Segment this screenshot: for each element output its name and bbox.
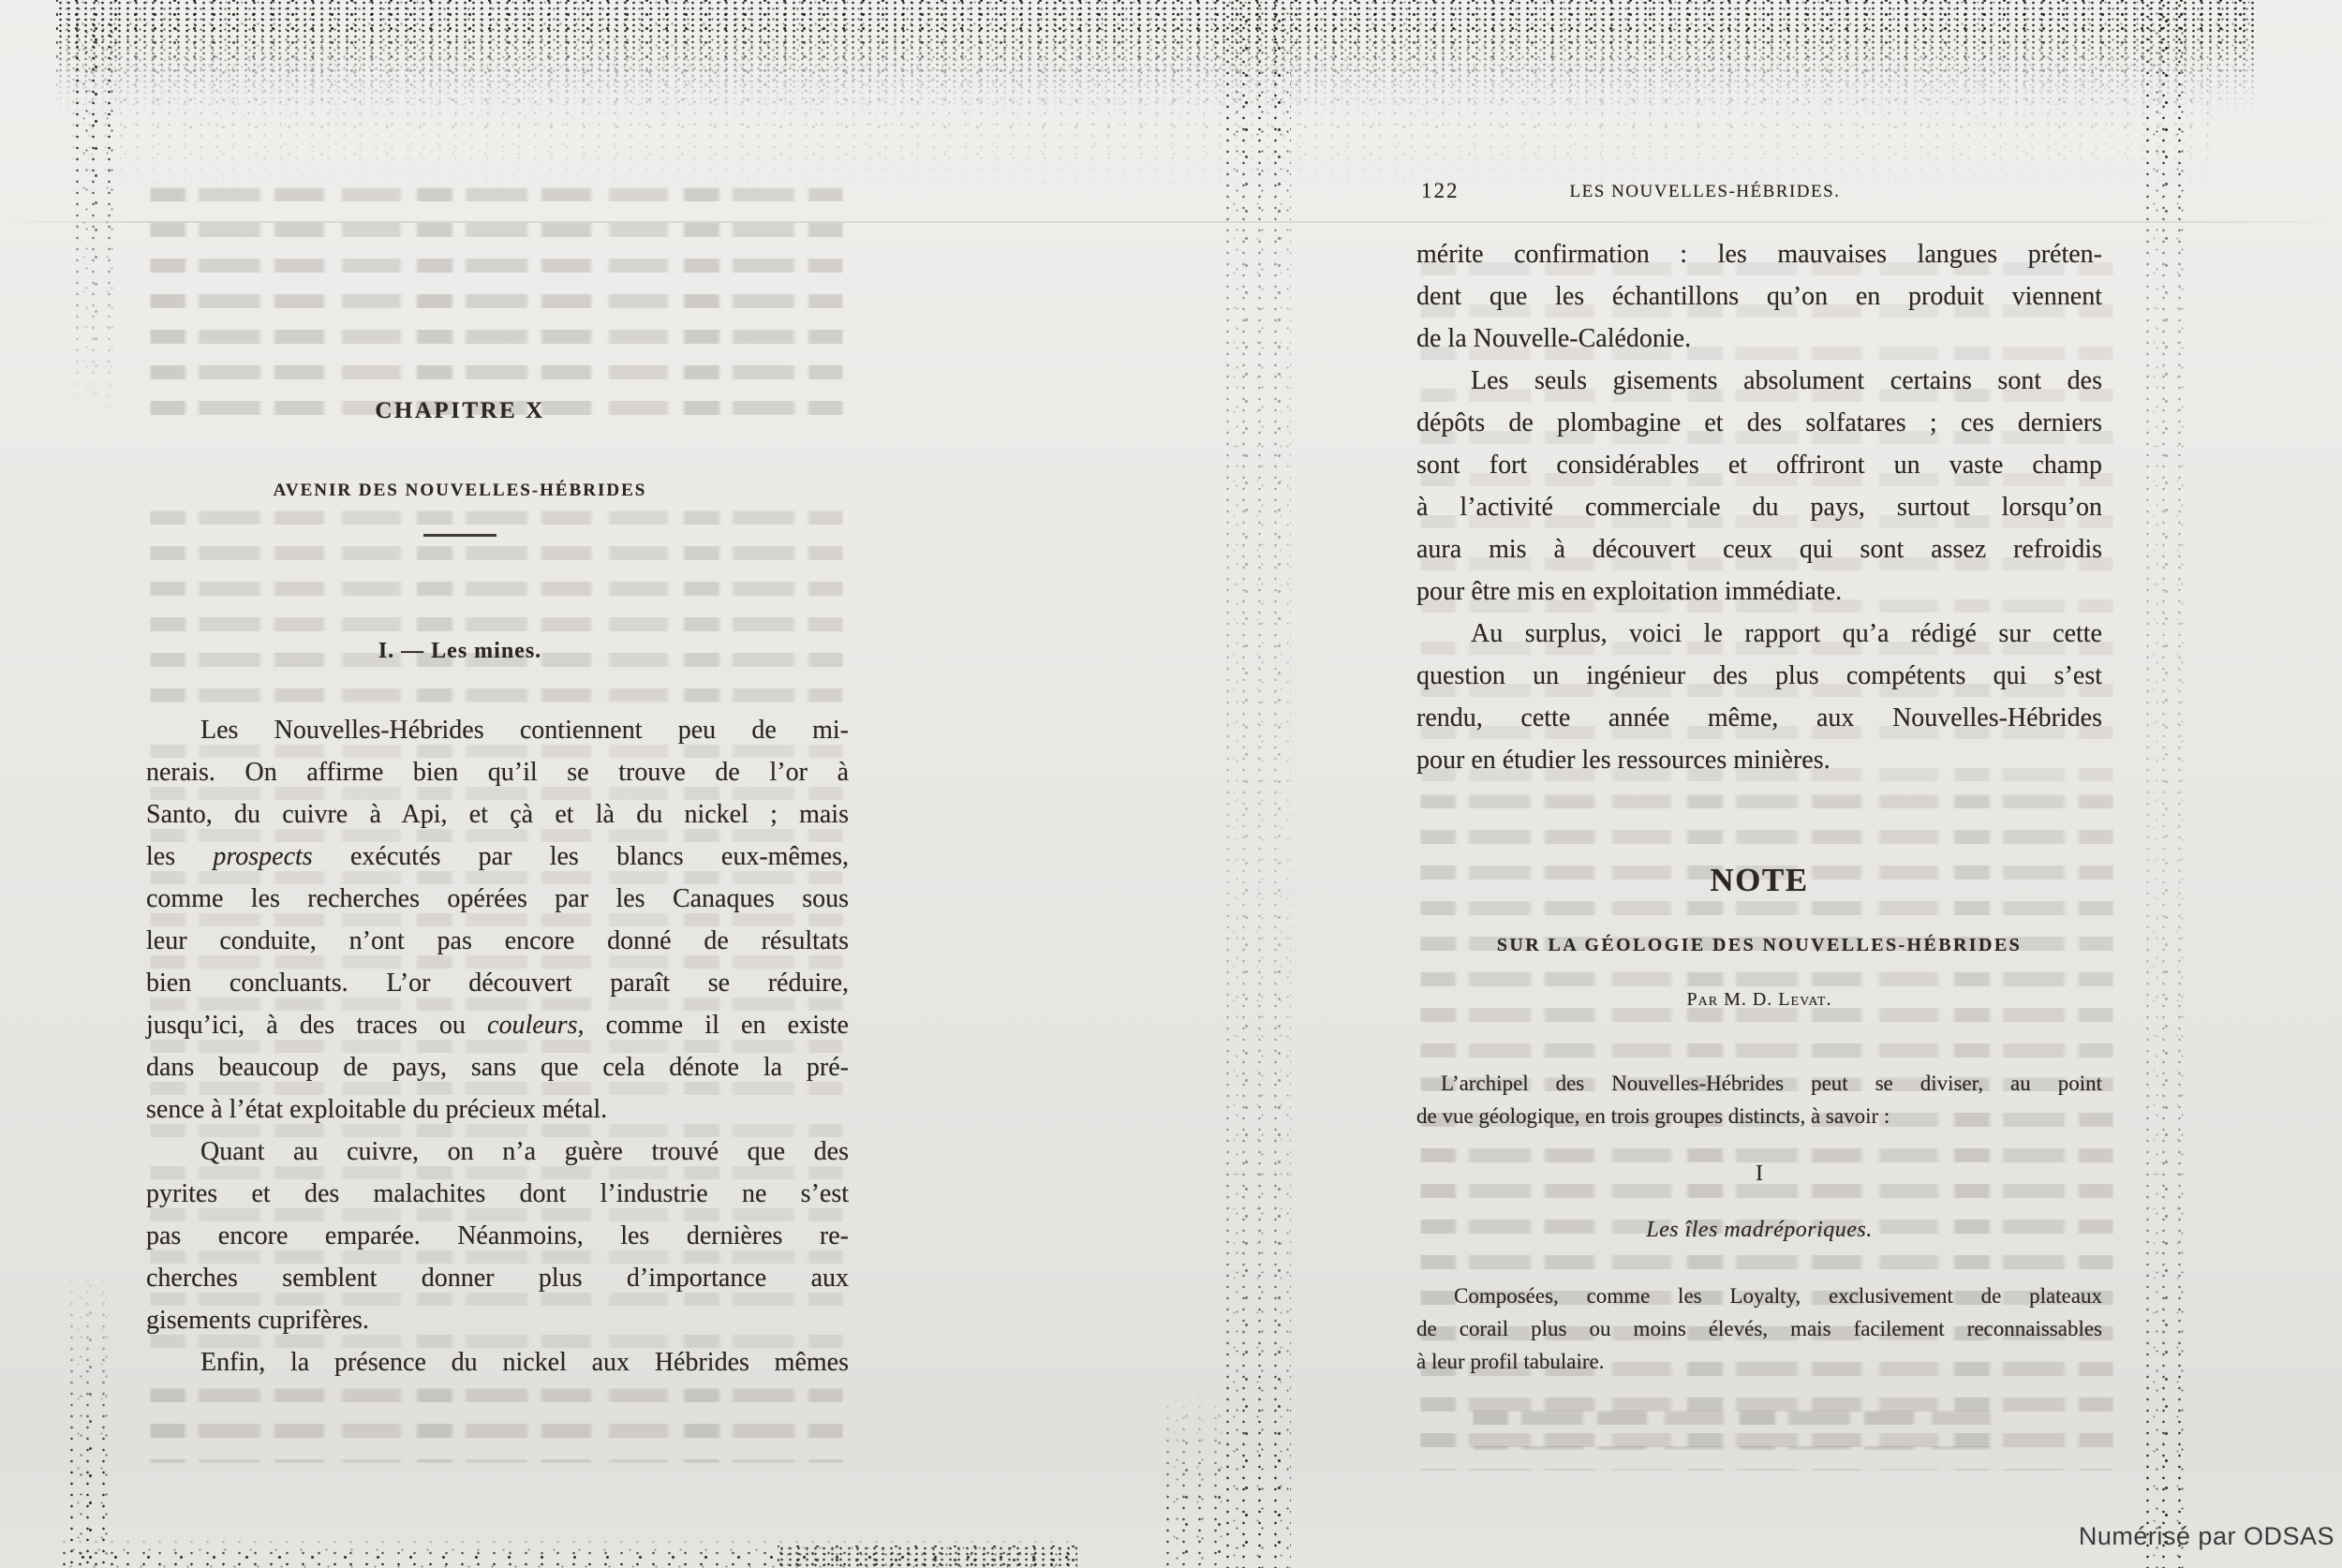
text-line: leur conduite, n’ont pas encore donné de…	[146, 920, 849, 962]
page-number: 122	[1421, 179, 1460, 203]
scan-noise-right-edge	[2140, 0, 2194, 1568]
bleed-through-ghost-lines	[1420, 1077, 2113, 1471]
text-line: jusqu’ici, à des traces ou couleurs, com…	[146, 1004, 849, 1046]
text-line: nerais. On affirme bien qu’il se trouve …	[146, 751, 849, 793]
running-header: 122 LES NOUVELLES-HÉBRIDES.	[1362, 182, 2048, 202]
text-line: à leur profil tabulaire.	[1416, 1345, 2102, 1378]
text-line: les prospects exécutés par les blancs eu…	[146, 836, 849, 878]
bleed-through-ghost-lines	[150, 510, 843, 703]
text-line: pour être mis en exploitation immédiate.	[1416, 570, 2102, 613]
note-title: NOTE	[1416, 862, 2102, 899]
note-body-text: Composées, comme les Loyalty, exclusivem…	[1416, 1280, 2102, 1378]
text-line: Santo, du cuivre à Api, et çà et là du n…	[146, 793, 849, 836]
text-line: bien concluants. L’or découvert paraît s…	[146, 962, 849, 1004]
note-section-title: Les îles madréporiques.	[1416, 1218, 2102, 1243]
right-page-body-text: mérite confirmation : les mauvaises lang…	[1416, 233, 2102, 781]
section-heading-les-mines: I. — Les mines.	[109, 639, 811, 664]
chapter-heading: CHAPITRE X	[109, 398, 811, 424]
note-section-number: I	[1416, 1161, 2102, 1187]
scan-noise-binding-gutter-bottom	[1160, 1368, 1225, 1568]
scan-noise-binding-gutter	[1220, 0, 1291, 1568]
text-line: mérite confirmation : les mauvaises lang…	[1416, 233, 2102, 275]
text-line: Les seuls gisements absolument certains …	[1416, 360, 2102, 402]
bleed-through-ghost-lines	[150, 187, 843, 417]
text-line: Les Nouvelles-Hébrides contiennent peu d…	[146, 709, 849, 751]
left-page-body-text: Les Nouvelles-Hébrides contiennent peu d…	[146, 709, 849, 1383]
text-line: Quant au cuivre, on n’a guère trouvé que…	[146, 1131, 849, 1173]
text-line: pour en étudier les ressources minières.	[1416, 739, 2102, 781]
text-line: gisements cuprifères.	[146, 1299, 849, 1341]
text-line: aura mis à découvert ceux qui sont assez…	[1416, 528, 2102, 570]
text-line: dépôts de plombagine et des solfatares ;…	[1416, 402, 2102, 444]
text-line: de la Nouvelle-Calédonie.	[1416, 318, 2102, 360]
bleed-through-ghost-lines	[150, 1388, 843, 1463]
text-line: Au surplus, voici le rapport qu’a rédigé…	[1416, 613, 2102, 655]
chapter-subtitle: AVENIR DES NOUVELLES-HÉBRIDES	[109, 481, 811, 501]
text-line: pas encore emparée. Néanmoins, les derni…	[146, 1215, 849, 1257]
text-line: dans beaucoup de pays, sans que cela dén…	[146, 1046, 849, 1088]
text-line: de corail plus ou moins élevés, mais fac…	[1416, 1312, 2102, 1345]
text-line: question un ingénieur des plus compétent…	[1416, 655, 2102, 697]
note-byline: Par M. D. Levat.	[1416, 989, 2102, 1011]
text-line: rendu, cette année même, aux Nouvelles-H…	[1416, 697, 2102, 739]
text-line: L’archipel des Nouvelles-Hébrides peut s…	[1416, 1067, 2102, 1100]
page-right: 122 LES NOUVELLES-HÉBRIDES. mérite confi…	[1416, 0, 2102, 1568]
scanned-book-spread: CHAPITRE X AVENIR DES NOUVELLES-HÉBRIDES…	[0, 0, 2342, 1568]
text-line: à l’activité commerciale du pays, surtou…	[1416, 486, 2102, 528]
text-line: Enfin, la présence du nickel aux Hébride…	[146, 1341, 849, 1383]
text-line: sence à l’état exploitable du précieux m…	[146, 1088, 849, 1131]
bleed-through-ghost-lines	[1473, 1411, 1997, 1450]
section-divider-rule	[423, 534, 497, 537]
text-line: de vue géologique, en trois groupes dist…	[1416, 1100, 2102, 1132]
text-line: sont fort considérables et offriront un …	[1416, 444, 2102, 486]
note-subtitle: SUR LA GÉOLOGIE DES NOUVELLES-HÉBRIDES	[1416, 935, 2102, 956]
running-header-title: LES NOUVELLES-HÉBRIDES.	[1570, 182, 1841, 201]
text-line: cherches semblent donner plus d’importan…	[146, 1257, 849, 1299]
scan-noise-left-edge	[69, 19, 124, 422]
scan-noise-left-bottom-edge	[64, 1265, 118, 1568]
text-line: comme les recherches opérées par les Can…	[146, 878, 849, 920]
page-left: CHAPITRE X AVENIR DES NOUVELLES-HÉBRIDES…	[146, 0, 849, 1568]
text-line: dent que les échantillons qu’on en produ…	[1416, 275, 2102, 318]
odsas-watermark: Numérisé par ODSAS	[2079, 1522, 2335, 1551]
text-line: Composées, comme les Loyalty, exclusivem…	[1416, 1280, 2102, 1312]
text-line: pyrites et des malachites dont l’industr…	[146, 1173, 849, 1215]
note-intro-text: L’archipel des Nouvelles-Hébrides peut s…	[1416, 1067, 2102, 1132]
